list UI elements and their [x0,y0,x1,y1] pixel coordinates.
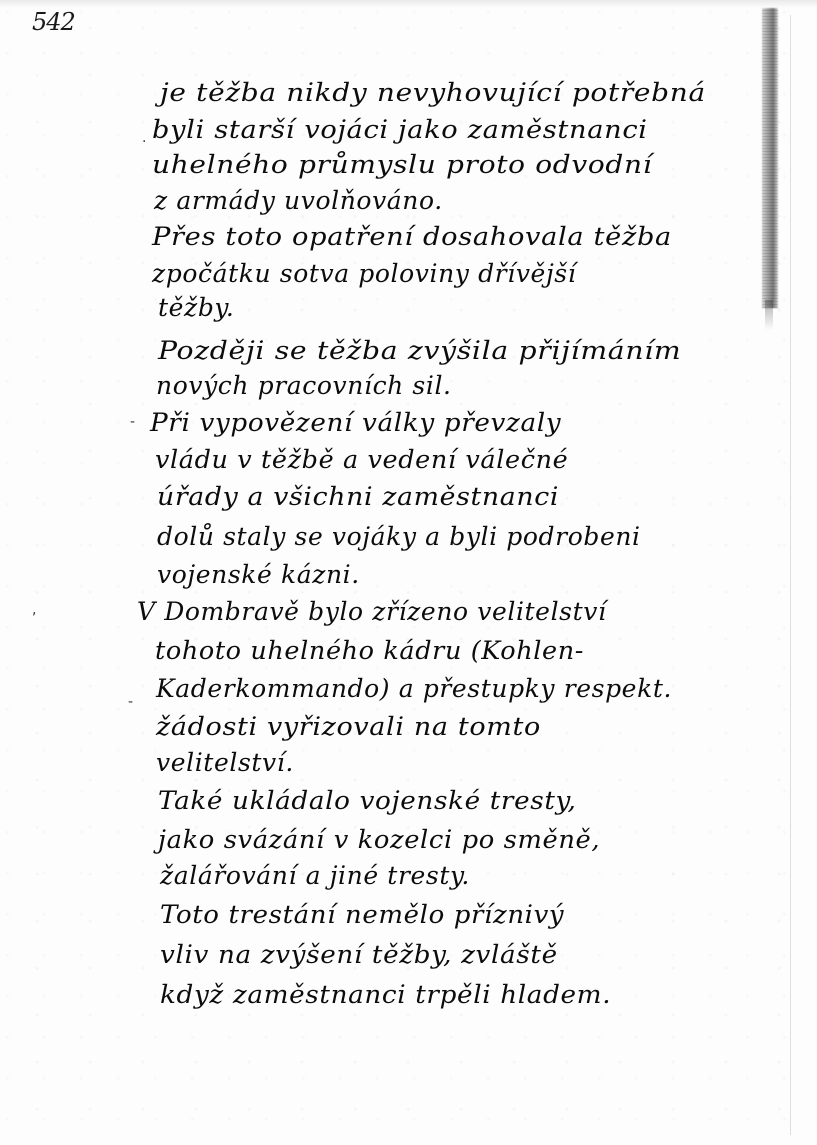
text-line: Také ukládalo vojenské tresty, [158,786,576,815]
text-line: těžby. [158,293,234,322]
text-line: když zaměstnanci trpěli hladem. [160,980,611,1009]
text-line: Kaderkommando) a přestupky respekt. [156,674,672,703]
text-line: V Dombravě bylo zřízeno velitelství [137,597,607,626]
text-line: žalářování a jiné tresty. [160,861,470,890]
text-line: úřady a všichni zaměstnanci [157,482,559,511]
scan-edge-shadow [762,8,778,308]
scan-edge-fade [765,300,773,330]
text-line: zpočátku sotva poloviny dřívější [152,259,576,288]
text-line: Přes toto opatření dosahovala těžba [152,222,672,251]
text-line: Při vypovězení války převzaly [150,408,561,437]
scan-top-noise [0,0,817,8]
page-number: 542 [32,8,75,36]
text-line: Později se těžba zvýšila přijímáním [158,336,681,365]
text-line: vojenské kázni. [157,560,360,589]
text-line: nových pracovních sil. [156,371,452,400]
margin-mark: . [142,130,146,146]
text-line: dolů staly se vojáky a byli podrobeni [157,522,641,551]
text-line: je těžba nikdy nevyhovující potřebná [160,78,706,107]
text-line: byli starší vojáci jako zaměstnanci [152,115,648,144]
margin-mark: - [128,694,133,710]
text-line: z armády uvolňováno. [154,186,443,215]
text-line: žádosti vyřizovali na tomto [156,712,541,741]
text-line: tohoto uhelného kádru (Kohlen- [155,636,584,665]
text-line: vládu v těžbě a vedení válečné [155,445,568,474]
text-line: velitelství. [156,748,294,777]
text-line: uhelného průmyslu proto odvodní [152,150,652,179]
scan-fold-line [790,15,791,1135]
margin-mark: , [32,602,36,618]
margin-mark: - [130,414,135,430]
text-line: jako svázání v kozelci po směně, [158,825,600,854]
scanned-page: 542 je těžba nikdy nevyhovující potřebná… [0,0,817,1145]
text-line: Toto trestání nemělo příznivý [160,900,564,929]
text-line: vliv na zvýšení těžby, zvláště [160,940,558,969]
